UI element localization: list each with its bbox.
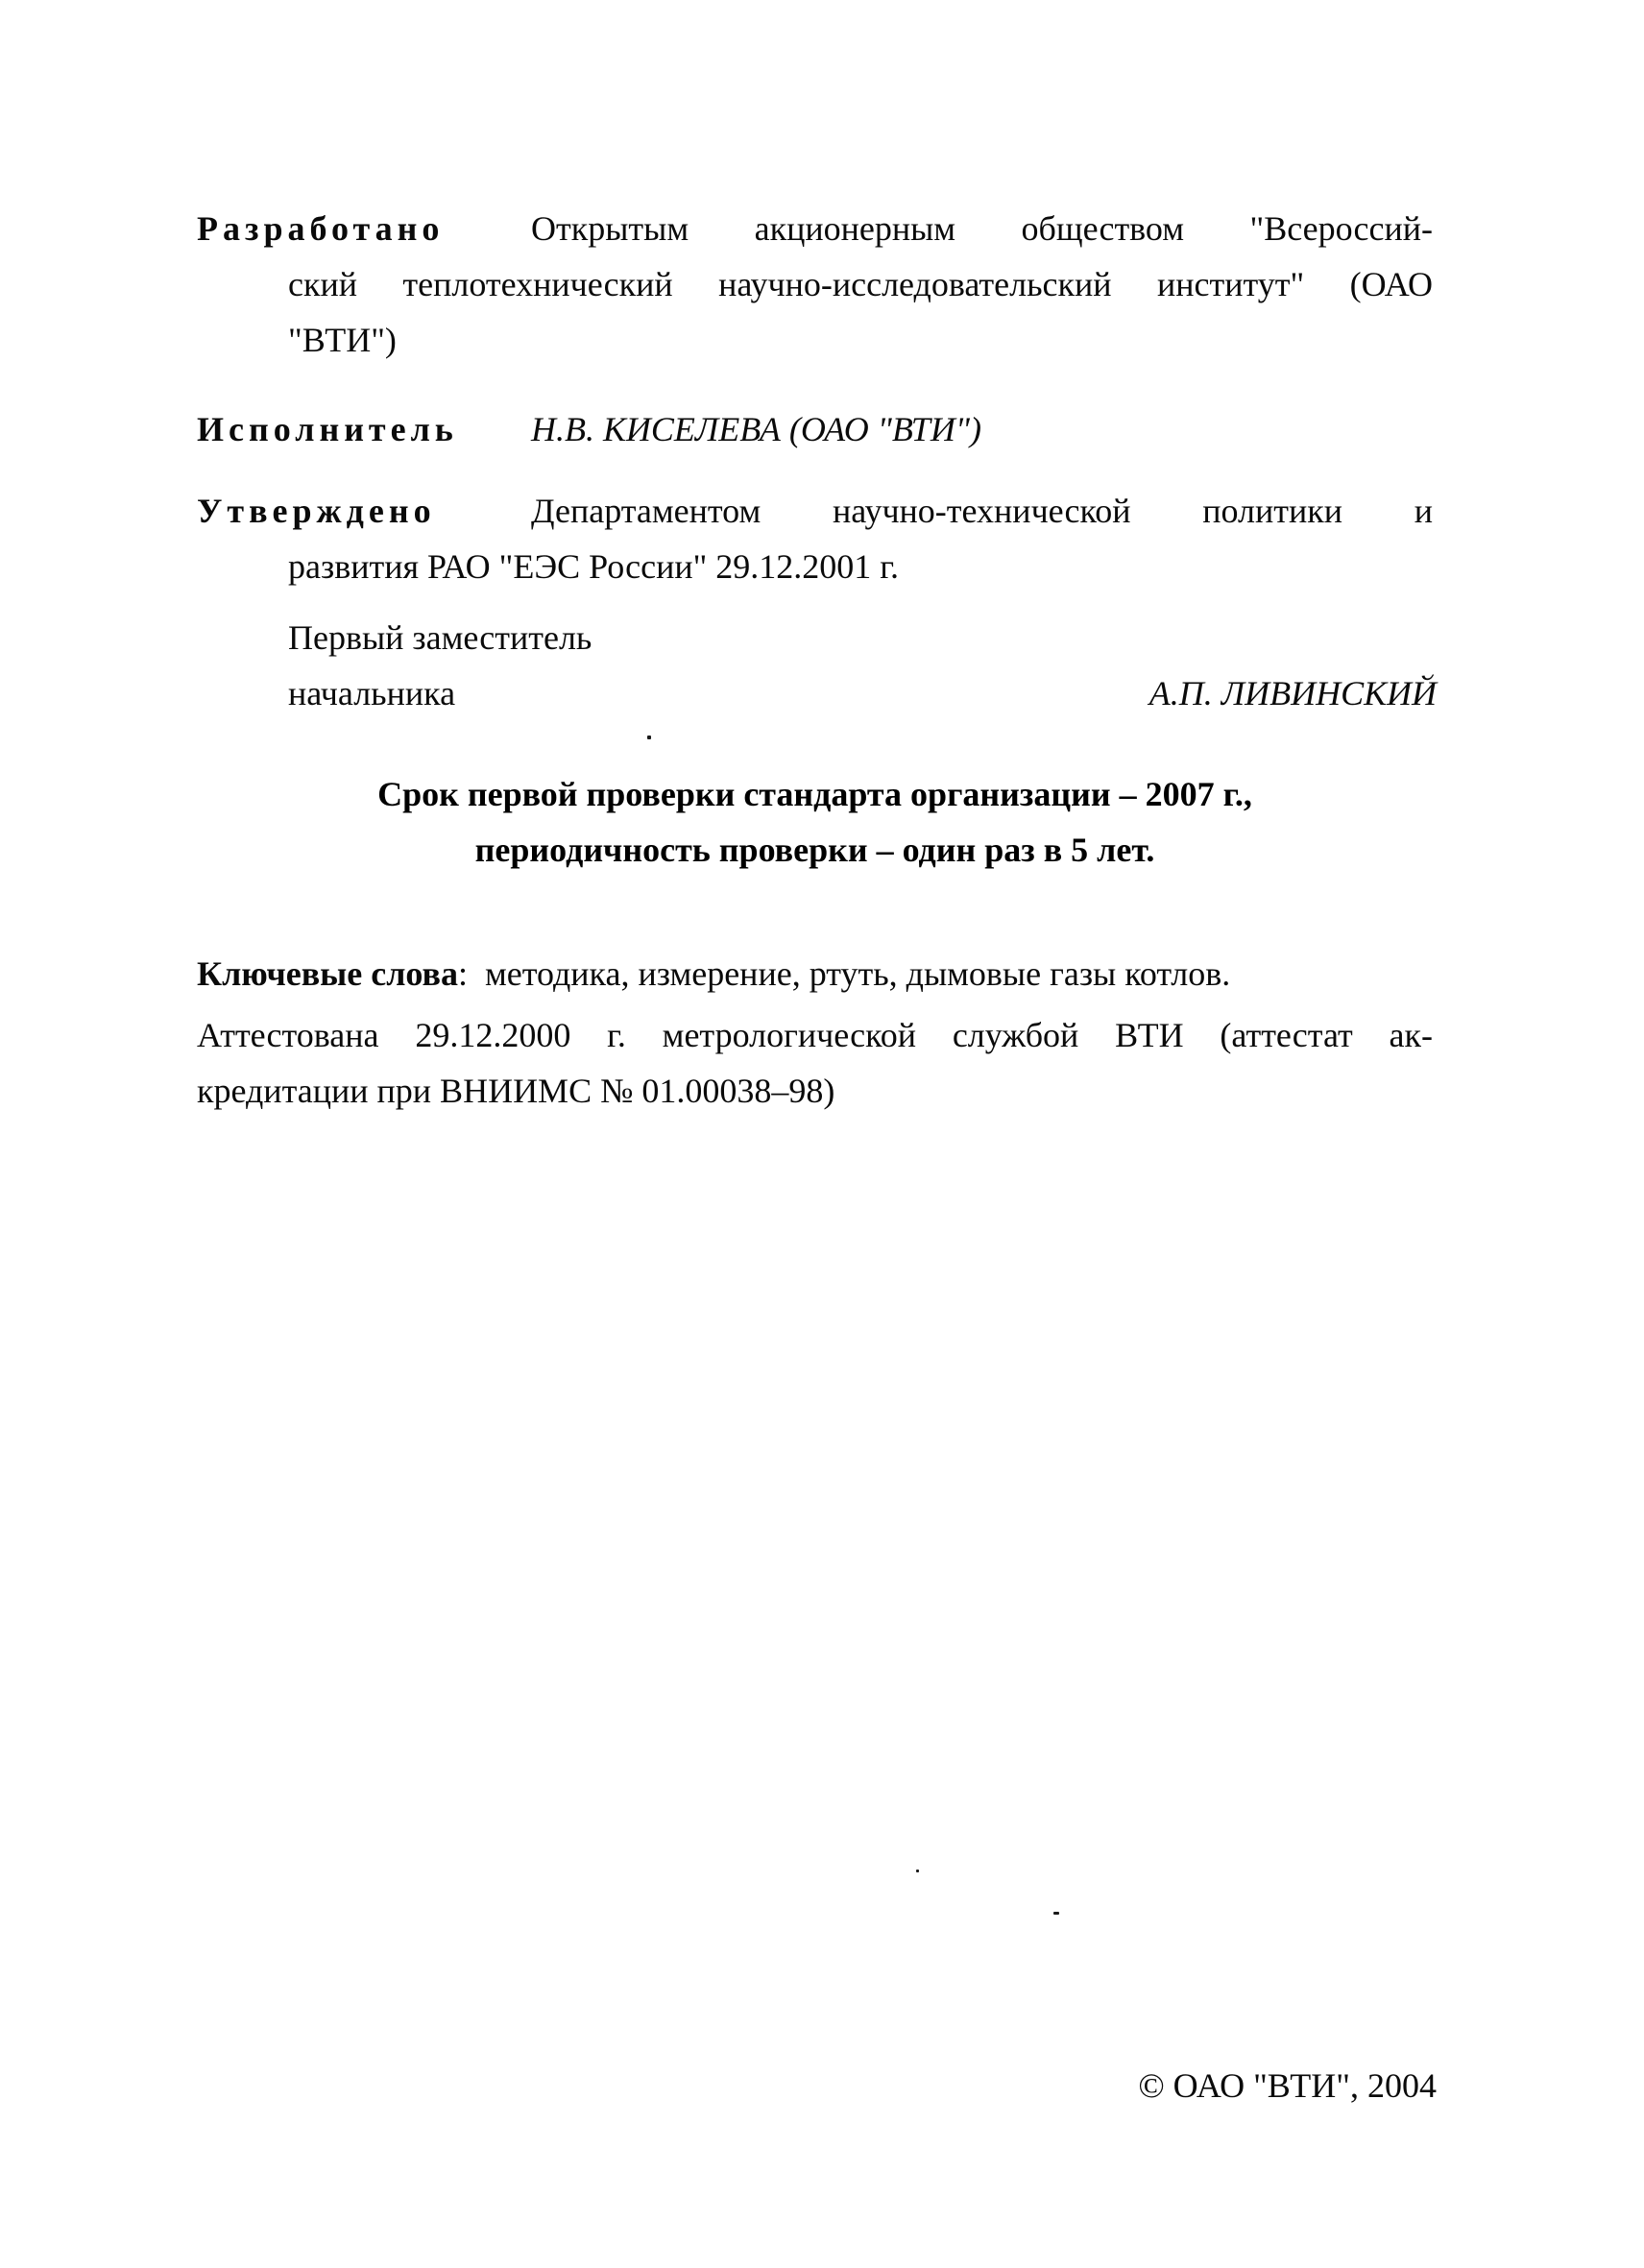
approved-label: Утверждено <box>197 490 436 532</box>
review-schedule-line1: Срок первой проверки стандарта организац… <box>197 773 1433 815</box>
keywords-label: Ключевые слова <box>197 954 458 993</box>
signatory-name: А.П. ЛИВИНСКИЙ <box>1149 672 1437 714</box>
developed-line3: "ВТИ") <box>288 319 397 361</box>
developed-label: Разработано <box>197 207 444 250</box>
scan-speck <box>1053 1912 1059 1915</box>
executor-name: Н.В. КИСЕЛЕВА (ОАО "ВТИ") <box>531 408 981 450</box>
approved-line1: Департаментом научно-технической политик… <box>531 490 1433 532</box>
scan-speck <box>916 1870 919 1872</box>
attestation-line1: Аттестована 29.12.2000 г. метрологическо… <box>197 1014 1433 1056</box>
keywords-line: Ключевые слова: методика, измерение, рту… <box>197 953 1230 995</box>
keywords-value: методика, измерение, ртуть, дымовые газы… <box>485 954 1230 993</box>
developed-line1: Открытым акционерным обществом "Всеросси… <box>531 207 1433 250</box>
developed-line2: ский теплотехнический научно-исследовате… <box>288 263 1433 305</box>
attestation-line2: кредитации при ВНИИМС № 01.00038–98) <box>197 1070 834 1112</box>
review-schedule-line2: периодичность проверки – один раз в 5 ле… <box>197 829 1433 871</box>
approved-line2: развития РАО "ЕЭС России" 29.12.2001 г. <box>288 545 899 588</box>
signatory-position-line2: начальника <box>288 672 455 714</box>
scan-speck <box>647 736 651 739</box>
document-page: Разработано Открытым акционерным обществ… <box>0 0 1644 2268</box>
signatory-position-line1: Первый заместитель <box>288 616 592 659</box>
keywords-separator: : <box>458 954 485 993</box>
review-schedule-block: Срок первой проверки стандарта организац… <box>197 773 1433 888</box>
executor-label: Исполнитель <box>197 408 458 450</box>
copyright-line: © ОАО "ВТИ", 2004 <box>1138 2064 1437 2107</box>
